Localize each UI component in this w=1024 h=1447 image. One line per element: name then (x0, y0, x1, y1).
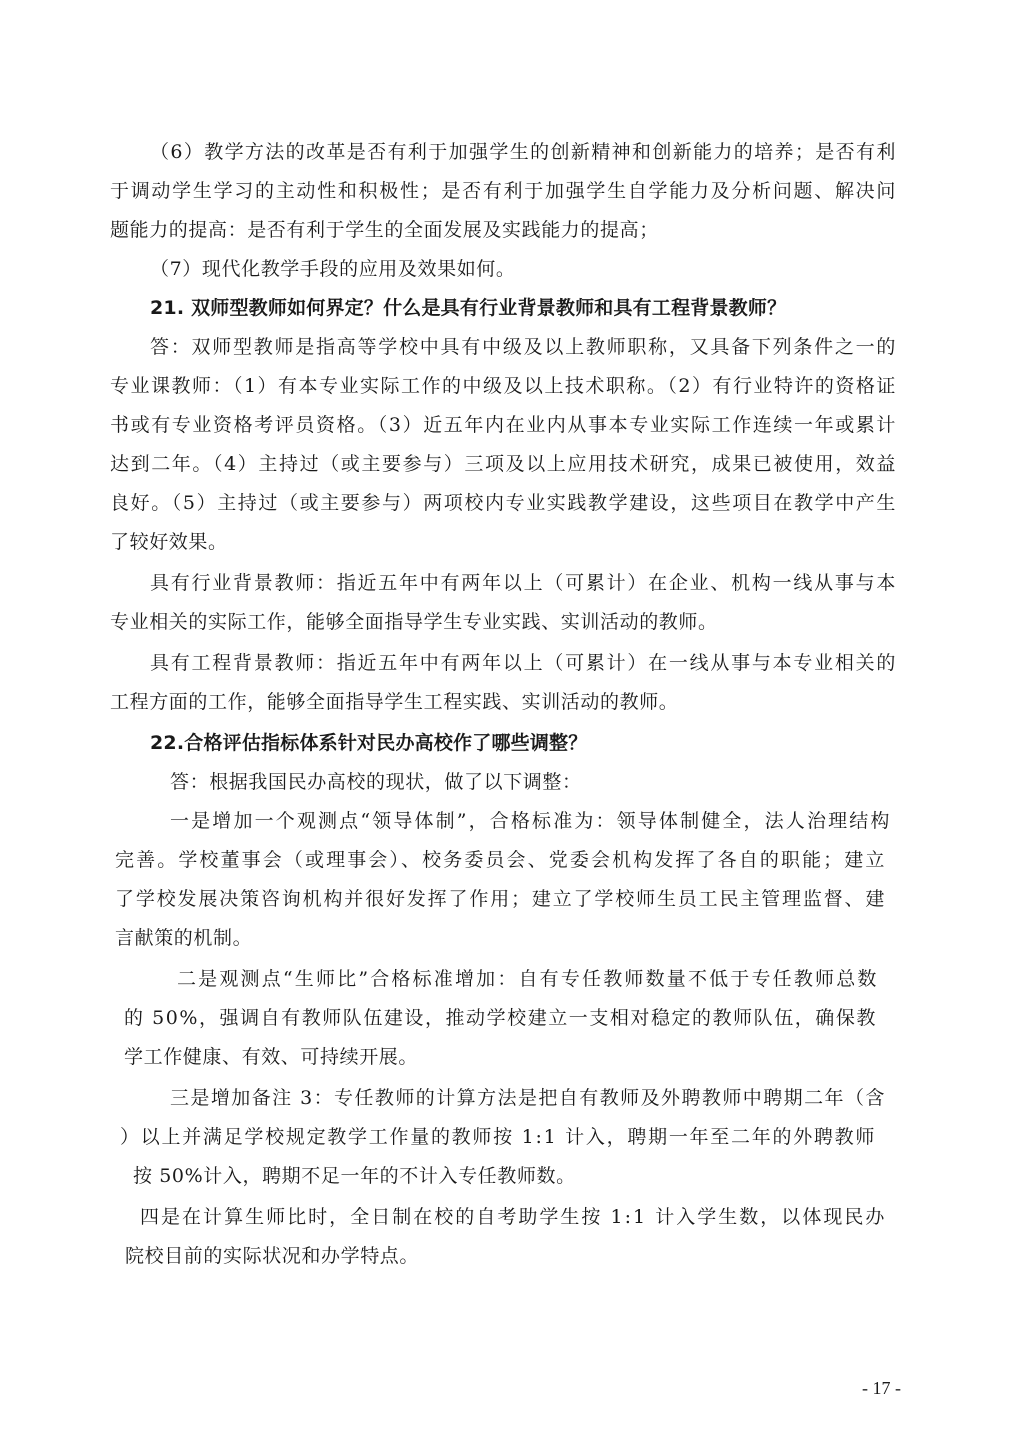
paragraph-line: 一是增加一个观测点“领导体制”，合格标准为：领导体制健全，法人治理结构 (170, 808, 892, 834)
paragraph-line: 具有工程背景教师：指近五年中有两年以上（可累计）在一线从事与本专业相关的 (150, 650, 897, 676)
paragraph-line: 二是观测点“生师比”合格标准增加：自有专任教师数量不低于专任教师总数 (177, 966, 879, 992)
paragraph-line: 于调动学生学习的主动性和积极性；是否有利于加强学生自学能力及分析问题、解决问 (110, 178, 897, 204)
section-heading: 22.合格评估指标体系针对民办高校作了哪些调整？ (150, 730, 587, 756)
paragraph-line: 的 50%，强调自有教师队伍建设，推动学校建立一支相对稳定的教师队伍，确保教 (124, 1005, 877, 1031)
paragraph-line: ）以上并满足学校规定教学工作量的教师按 1:1 计入，聘期一年至二年的外聘教师 (120, 1124, 876, 1150)
paragraph-line: 良好。（5）主持过（或主要参与）两项校内专业实践教学建设，这些项目在教学中产生 (110, 490, 897, 516)
paragraph-line: 三是增加备注 3：专任教师的计算方法是把自有教师及外聘教师中聘期二年（含 (170, 1085, 886, 1111)
document-page: （6）教学方法的改革是否有利于加强学生的创新精神和创新能力的培养；是否有利于调动… (0, 0, 1024, 1447)
paragraph-line: 具有行业背景教师：指近五年中有两年以上（可累计）在企业、机构一线从事与本 (150, 570, 897, 596)
paragraph-line: 专业相关的实际工作，能够全面指导学生专业实践、实训活动的教师。 (110, 609, 718, 635)
paragraph-line: （7）现代化教学手段的应用及效果如何。 (150, 256, 516, 282)
paragraph-line: 题能力的提高：是否有利于学生的全面发展及实践能力的提高； (110, 217, 659, 243)
paragraph-line: 专业课教师：（1）有本专业实际工作的中级及以上技术职称。（2）有行业特许的资格证 (110, 373, 897, 399)
paragraph-line: 院校目前的实际状况和办学特点。 (125, 1243, 419, 1269)
paragraph-line: 四是在计算生师比时，全日制在校的自考助学生按 1:1 计入学生数，以体现民办 (140, 1204, 886, 1230)
paragraph-line: 学工作健康、有效、可持续开展。 (124, 1044, 418, 1070)
paragraph-line: 工程方面的工作，能够全面指导学生工程实践、实训活动的教师。 (110, 689, 678, 715)
page-number: - 17 - (862, 1377, 901, 1399)
paragraph-line: 答：双师型教师是指高等学校中具有中级及以上教师职称，又具备下列条件之一的 (150, 334, 897, 360)
paragraph-line: 书或有专业资格考评员资格。（3）近五年内在业内从事本专业实际工作连续一年或累计 (110, 412, 897, 438)
paragraph-line: 答：根据我国民办高校的现状，做了以下调整： (170, 769, 582, 795)
section-heading: 21. 双师型教师如何界定？什么是具有行业背景教师和具有工程背景教师？ (150, 295, 786, 321)
paragraph-line: 了学校发展决策咨询机构并很好发挥了作用；建立了学校师生员工民主管理监督、建 (115, 886, 886, 912)
paragraph-line: 达到二年。（4）主持过（或主要参与）三项及以上应用技术研究，成果已被使用，效益 (110, 451, 897, 477)
paragraph-line: （6）教学方法的改革是否有利于加强学生的创新精神和创新能力的培养；是否有利 (150, 139, 897, 165)
paragraph-line: 了较好效果。 (110, 529, 228, 555)
paragraph-line: 按 50%计入，聘期不足一年的不计入专任教师数。 (133, 1163, 576, 1189)
paragraph-line: 完善。学校董事会（或理事会）、校务委员会、党委会机构发挥了各自的职能；建立 (115, 847, 887, 873)
paragraph-line: 言献策的机制。 (115, 925, 252, 951)
